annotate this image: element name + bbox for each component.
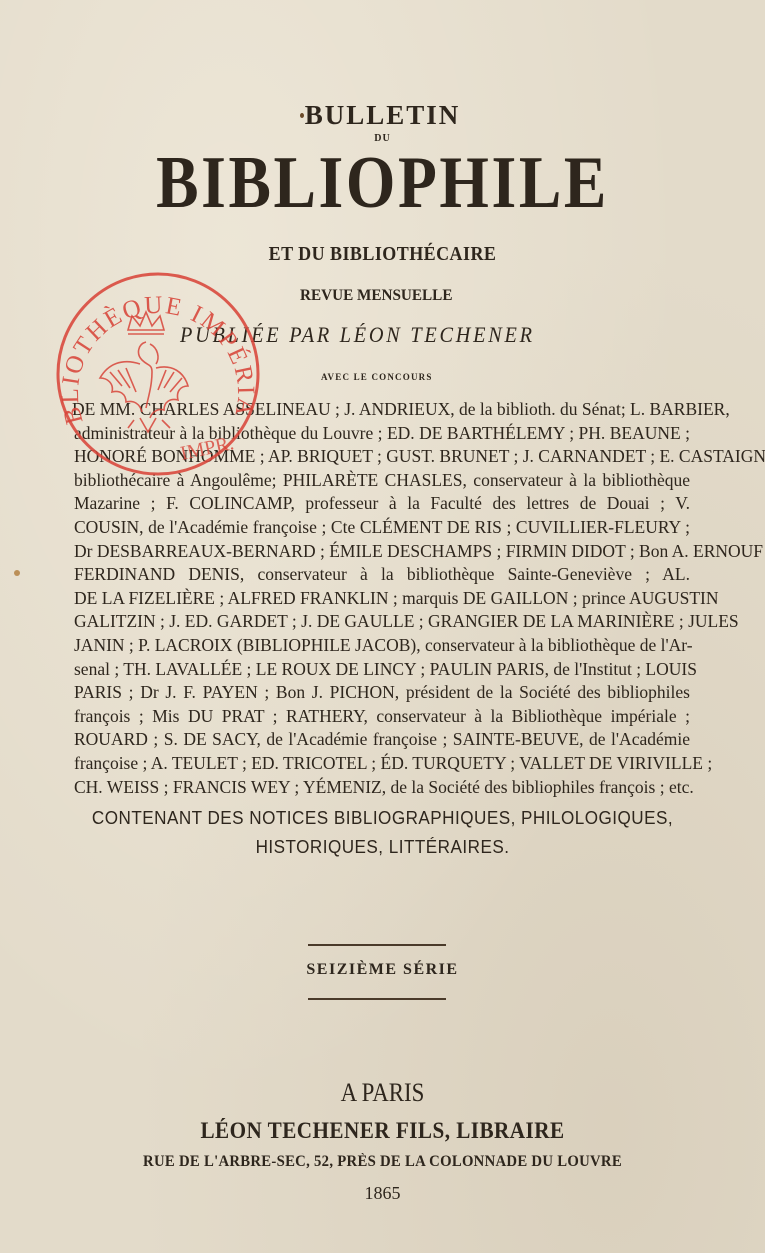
paper-stain xyxy=(14,570,20,576)
contributors-line: PARIS ; Dr J. F. PAYEN ; Bon J. PICHON, … xyxy=(74,681,690,705)
contributors-line: DE LA FIZELIÈRE ; ALFRED FRANKLIN ; marq… xyxy=(74,587,690,611)
divider-top xyxy=(308,944,446,946)
svg-text:BIBLIOTHÈQUE IMPÉRIALE: BIBLIOTHÈQUE IMPÉRIALE xyxy=(52,268,259,427)
contributors-line: GALITZIN ; J. ED. GARDET ; J. DE GAULLE … xyxy=(74,610,690,634)
contents-line-2: HISTORIQUES, LITTÉRAIRES. xyxy=(19,837,746,858)
ink-speck xyxy=(300,113,304,118)
series-label: SEIZIÈME SÉRIE xyxy=(0,961,765,979)
title-bulletin: BULLETIN xyxy=(0,100,765,131)
library-stamp-icon: BIBLIOTHÈQUE IMPÉRIALE IMPR. xyxy=(52,268,264,480)
subtitle-revue: REVUE MENSUELLE xyxy=(300,287,452,305)
title-bibliothecaire: ET DU BIBLIOTHÉCAIRE xyxy=(38,243,727,266)
contributors-line: CH. WEISS ; FRANCIS WEY ; YÉMENIZ, de la… xyxy=(74,776,690,800)
title-page: BULLETIN DU BIBLIOPHILE ET DU BIBLIOTHÉC… xyxy=(0,0,765,1253)
imprint-city: A PARIS xyxy=(46,1078,719,1108)
contributors-line: COUSIN, de l'Académie françoise ; Cte CL… xyxy=(74,516,690,540)
imprint-address: RUE DE L'ARBRE-SEC, 52, PRÈS DE LA COLON… xyxy=(19,1153,746,1171)
contributors-line: ROUARD ; S. DE SACY, de l'Académie franç… xyxy=(74,728,690,752)
contributors-line: françoise ; A. TEULET ; ED. TRICOTEL ; É… xyxy=(74,752,690,776)
contributors-intro: AVEC LE CONCOURS xyxy=(321,372,433,382)
contributors-line: senal ; TH. LAVALLÉE ; LE ROUX DE LINCY … xyxy=(74,658,690,682)
contributors-line: JANIN ; P. LACROIX (BIBLIOPHILE JACOB), … xyxy=(74,634,690,658)
title-bibliophile: BIBLIOPHILE xyxy=(54,146,712,220)
divider-bottom xyxy=(308,998,446,1000)
contents-line-1: CONTENANT DES NOTICES BIBLIOGRAPHIQUES, … xyxy=(19,808,746,829)
imprint-publisher: LÉON TECHENER FILS, LIBRAIRE xyxy=(31,1118,735,1144)
contributors-line: Dr DESBARREAUX-BERNARD ; ÉMILE DESCHAMPS… xyxy=(74,540,690,564)
contributors-line: FERDINAND DENIS, conservateur à la bibli… xyxy=(74,563,690,587)
contributors-line: Mazarine ; F. COLINCAMP, professeur à la… xyxy=(74,492,690,516)
imprint-year: 1865 xyxy=(0,1183,765,1204)
contributors-line: françois ; Mis DU PRAT ; RATHERY, conser… xyxy=(74,705,690,729)
